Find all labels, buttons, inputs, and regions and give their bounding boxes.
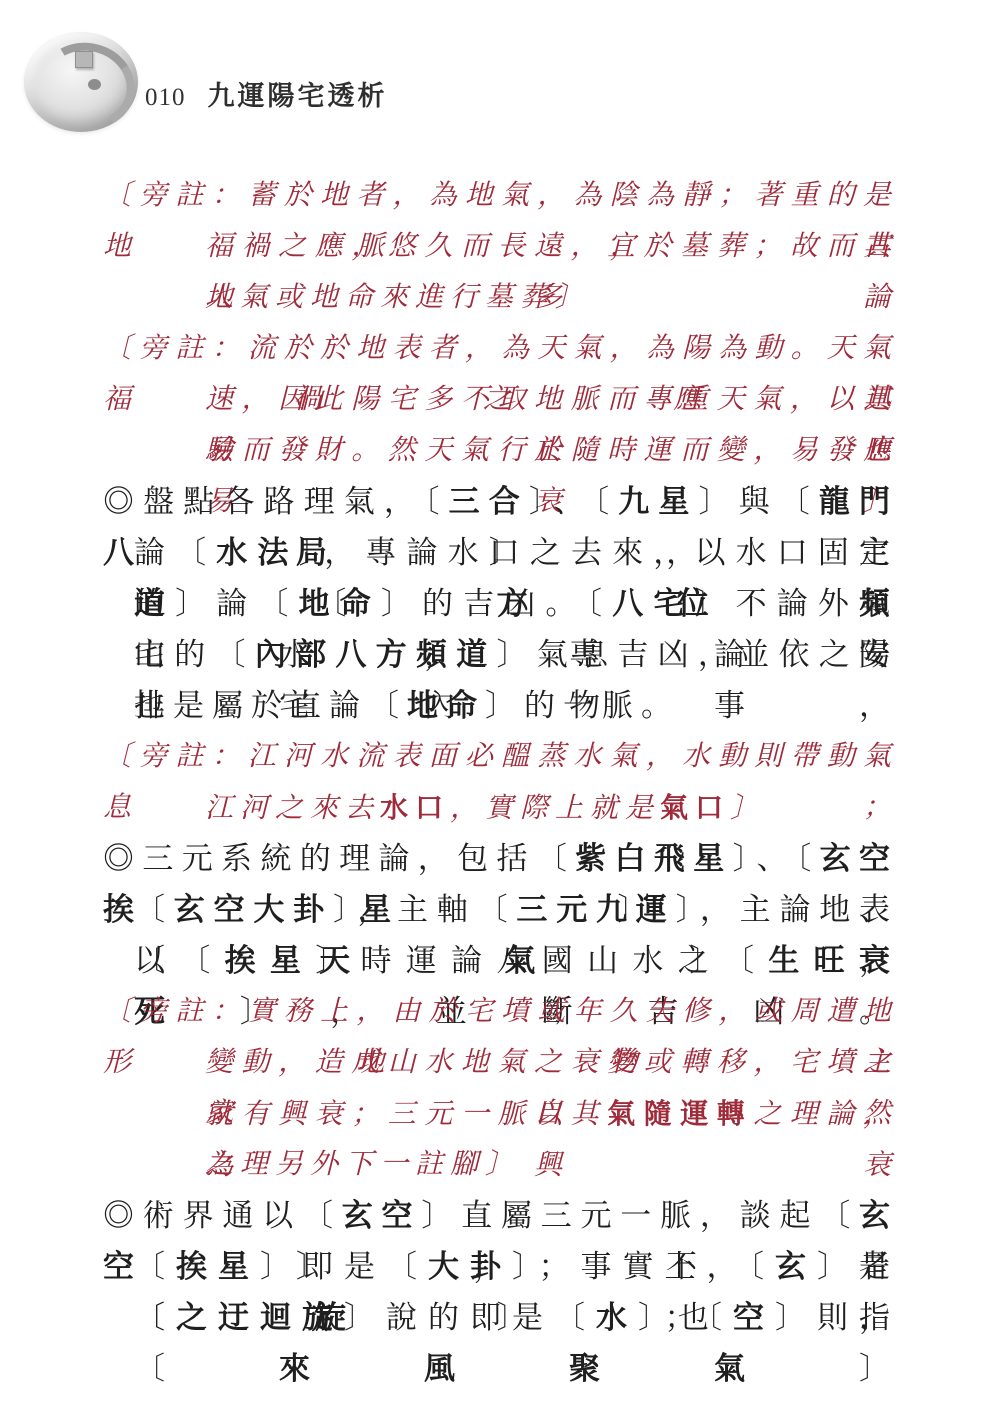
text-run: 〕時運論八國山水之〔 <box>315 943 768 978</box>
key-term: 玄空大卦 <box>174 892 333 927</box>
text-run: 〕 <box>859 1351 898 1386</box>
main-paragraph: ◎三元系統的理論，包括〔紫白飛星〕、〔玄空挨星〕、〔玄空大卦〕，主軸〔三元九運〕… <box>103 833 898 986</box>
text-line: 以〔挨星〕時運論八國山水之〔生旺衰死〕，並斷吉凶。 <box>134 935 898 986</box>
body-text: 〔旁註：蓄於地者，為地氣，為陰為靜；著重的是地脈，其福禍之應，悠久而長遠，宜於墓… <box>103 170 898 1343</box>
text-line: ◎術界通以〔玄空〕直屬三元一脈，談起〔玄空〕，不是 <box>103 1190 898 1241</box>
text-run: 〕的一脈。 <box>485 688 680 723</box>
text-run: 〕、〔 <box>733 841 820 876</box>
text-run: 〕、〔 <box>529 484 618 519</box>
text-run: 〕與〔 <box>699 484 819 519</box>
key-term: 氣口 <box>660 792 730 823</box>
key-term: 大卦 <box>428 1249 512 1284</box>
text-line: 〔旁註：蓄於地者，為地氣，為陰為靜；著重的是地脈，其 <box>103 170 898 221</box>
text-line: ◎三元系統的理論，包括〔紫白飛星〕、〔玄空挨星〕、 <box>103 833 898 884</box>
main-paragraph: ◎術界通以〔玄空〕直屬三元一脈，談起〔玄空〕，不是〔挨星〕即是〔大卦〕；事實上，… <box>103 1190 898 1343</box>
logo-center-dot <box>88 79 101 90</box>
key-term: 空 <box>733 1300 775 1335</box>
text-line: 〔旁註：江河水流表面必醞蒸水氣，水動則帶動氣息； <box>103 731 898 782</box>
logo-knob <box>75 51 93 68</box>
text-run: 地氣或地命來進行墓葬〕 <box>205 282 590 313</box>
key-term: 玄 <box>775 1249 817 1284</box>
text-line: 〔旁註：實務上，由於宅墳或年久失修，或周遭地形地物之 <box>103 986 898 1037</box>
text-run: 宅的〔 <box>134 637 255 672</box>
text-line: 〔旁註：流於於地表者，為天氣，為陽為動。天氣福禍之應迅 <box>103 323 898 374</box>
text-line: 驗而發財。然天氣行止隨時運而變，易發也易衰〕 <box>205 425 898 476</box>
text-run: ，實際上就是 <box>450 793 660 824</box>
key-term: 九星 <box>618 484 698 519</box>
text-line: 論〔水法〕，專論水口之去來，以水口固定的〔方位頻 <box>134 527 898 578</box>
text-run: 論〔 <box>134 535 216 570</box>
key-term: 水口 <box>380 792 450 823</box>
book-page: 010 九運陽宅透析 〔旁註：蓄於地者，為地氣，為陰為靜；著重的是地脈，其福禍之… <box>0 0 1000 1419</box>
text-run: 〕直屬三元一脈，談起〔 <box>421 1198 859 1233</box>
text-run: 〔 <box>134 892 174 927</box>
key-term: 氣隨運轉 <box>607 1098 753 1129</box>
side-note-block: 〔旁註：流於於地表者，為天氣，為陽為動。天氣福禍之應迅速，因此陽宅多不取地脈而專… <box>103 323 898 476</box>
text-line: 〔之迂迴旋〕說的即是〔水〕；〔空〕則指〔來風聚氣〕 <box>134 1292 898 1343</box>
carved-stone-disc-logo-image <box>24 32 138 132</box>
key-term: 地命 <box>299 586 381 621</box>
text-line: 道〕論〔地命〕的吉凶。〔八宅〕不論外氣山水，專論陽 <box>134 578 898 629</box>
text-run: 也是屬於直論〔 <box>134 688 407 723</box>
key-term: 玄空 <box>342 1198 422 1233</box>
text-line: ◎盤點各路理氣，〔三合〕、〔九星〕與〔龍門八局〕，主 <box>103 476 898 527</box>
key-term: 紫白飛星 <box>575 841 732 876</box>
text-line: 福禍之應，悠久而長遠，宜於墓葬；故而古人多論 <box>205 221 898 272</box>
text-line: 〔挨星〕即是〔大卦〕；事實上，〔玄〕者〔旋〕也， <box>134 1241 898 1292</box>
key-term: 水法 <box>216 535 298 570</box>
key-term: 三合 <box>449 484 529 519</box>
text-line: 就有興衰；三元一脈以其氣隨運轉之理論，為興衰 <box>205 1088 898 1139</box>
key-term: 水 <box>596 1300 638 1335</box>
key-term: 道 <box>134 586 175 621</box>
text-line: 〔玄空大卦〕，主軸〔三元九運〕，主論地表〔天氣〕， <box>134 884 898 935</box>
page-header: 010 九運陽宅透析 <box>145 74 388 113</box>
text-run: 〕的吉凶。〔 <box>381 586 612 621</box>
text-run: 〔 <box>134 1300 176 1335</box>
key-term: 三元九運 <box>516 892 675 927</box>
text-run: 〕，主軸〔 <box>333 892 516 927</box>
text-run: 〕說的即是〔 <box>344 1300 596 1335</box>
text-run: 〕論〔 <box>175 586 298 621</box>
book-title: 九運陽宅透析 <box>208 74 388 113</box>
text-run: 以〔 <box>134 943 225 978</box>
text-run: ◎術界通以〔 <box>103 1198 342 1233</box>
text-run: ◎盤點各路理氣，〔 <box>103 484 449 519</box>
key-term: 內部八方頻道 <box>255 637 497 672</box>
key-term: 八宅 <box>612 586 694 621</box>
text-line: 宅的〔內部八方頻道〕氣息吉凶，並依之安排宅內物事， <box>134 629 898 680</box>
key-term: 地命 <box>407 688 485 723</box>
key-term: 挨星 <box>225 943 316 978</box>
text-run: 〕；〔 <box>638 1300 733 1335</box>
side-note-block: 〔旁註：江河水流表面必醞蒸水氣，水動則帶動氣息；江河之來去水口，實際上就是氣口〕 <box>103 731 898 833</box>
text-run: ◎三元系統的理論，包括〔 <box>103 841 575 876</box>
text-run: 之理另外下一註腳〕 <box>205 1149 520 1180</box>
key-term: 之迂迴旋 <box>176 1300 344 1335</box>
key-term: 挨星 <box>176 1249 260 1284</box>
text-line: 變動，造成山水地氣之衰變或轉移，宅墳主家自然 <box>205 1037 898 1088</box>
text-run: 〔 <box>134 1249 176 1284</box>
main-paragraph: ◎盤點各路理氣，〔三合〕、〔九星〕與〔龍門八局〕，主論〔水法〕，專論水口之去來，… <box>103 476 898 731</box>
side-note-block: 〔旁註：實務上，由於宅墳或年久失修，或周遭地形地物之變動，造成山水地氣之衰變或轉… <box>103 986 898 1190</box>
text-run: 〕；事實上，〔 <box>512 1249 775 1284</box>
text-run: 江河之來去 <box>205 793 380 824</box>
text-run: 〕即是〔 <box>260 1249 428 1284</box>
text-run: 〕 <box>730 793 765 824</box>
page-number: 010 <box>145 84 186 112</box>
text-run: 就有興衰；三元一脈以其 <box>205 1099 607 1130</box>
key-term: 來風聚氣 <box>279 1351 859 1386</box>
text-line: 速，因此陽宅多不取地脈而專重天氣，以其易於應 <box>205 374 898 425</box>
side-note-block: 〔旁註：蓄於地者，為地氣，為陰為靜；著重的是地脈，其福禍之應，悠久而長遠，宜於墓… <box>103 170 898 323</box>
